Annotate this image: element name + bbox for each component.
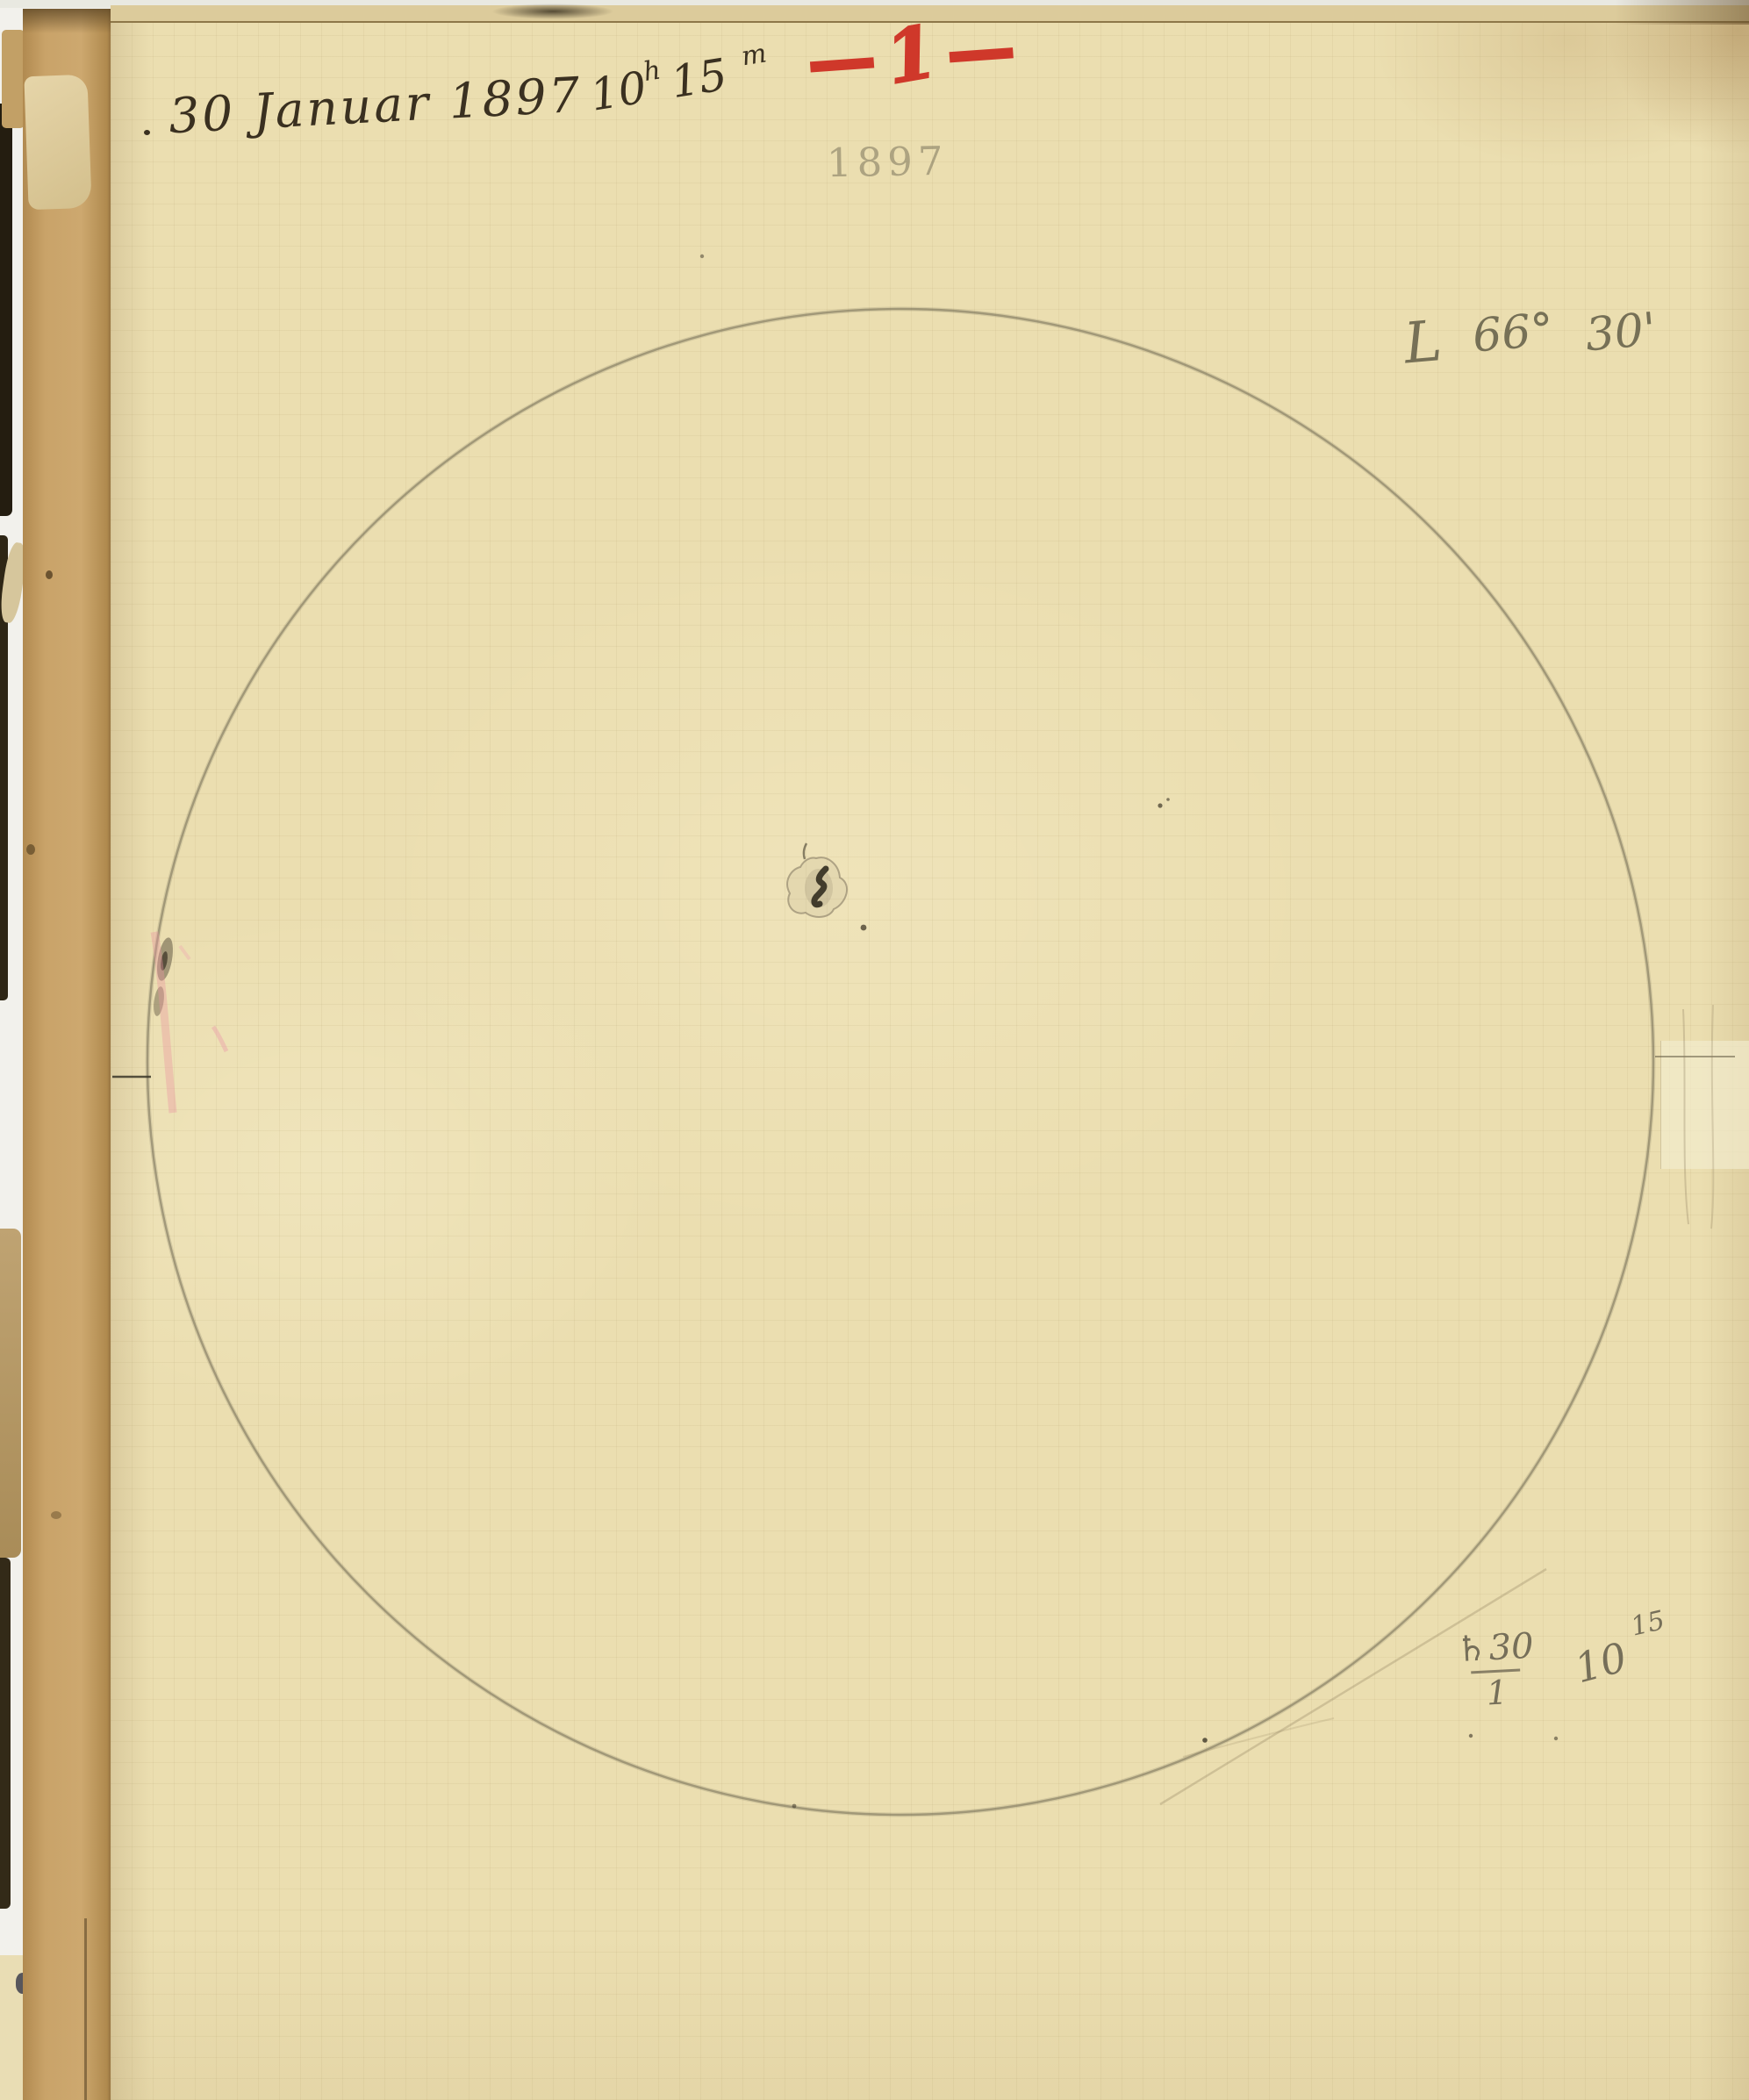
time-hours: 10 <box>587 61 650 120</box>
red-page-number: — 1 — <box>806 18 1017 93</box>
binding-wormhole <box>46 570 53 579</box>
footer-fraction-numerator: ♄ 30 <box>1455 1629 1535 1668</box>
binding-strip <box>23 9 114 2100</box>
longitude-degrees: 66° <box>1471 305 1556 362</box>
top-edge-smudge <box>491 4 614 19</box>
footer-fraction: ♄ 30 1 <box>1455 1629 1537 1711</box>
longitude-prefix: L <box>1402 315 1444 370</box>
footer-time-superscript: 15 <box>1628 1605 1667 1643</box>
time-minutes-unit: m <box>739 38 769 72</box>
binding-crack <box>84 1918 87 2100</box>
spine-tatter-paper <box>2 30 25 128</box>
footer-pencil-notation: ♄ 30 1 10 15 <box>1455 1622 1669 1710</box>
page-number-left-dash: — <box>806 32 878 89</box>
page-number-value: 1 <box>881 21 941 90</box>
ink-dot <box>144 130 150 135</box>
time-minutes: 15 <box>668 49 731 108</box>
spine-tatter-paper <box>0 1229 21 1558</box>
binding-top-edge <box>23 9 114 33</box>
page-number-right-dash: — <box>945 22 1017 79</box>
binding-wormhole <box>51 1511 61 1519</box>
longitude-minutes: 30' <box>1583 305 1658 361</box>
spine-tatter-dark <box>0 1558 11 1909</box>
footer-time: 10 <box>1570 1633 1632 1692</box>
scanned-notebook-page: 30 Januar 1897 10h15m — 1 — 1897 L 66° 3… <box>0 0 1749 2100</box>
right-edge-repair-patch <box>1660 1041 1749 1169</box>
footer-numerator: 30 <box>1488 1629 1535 1666</box>
binding-torn-notch <box>24 75 91 210</box>
footer-symbol: ♄ <box>1455 1631 1488 1667</box>
top-edge-smudge <box>1615 0 1749 25</box>
spine-tatter-dark <box>0 104 12 516</box>
year-stamp: 1897 <box>827 138 949 186</box>
footer-denominator: 1 <box>1486 1676 1509 1709</box>
top-right-stain <box>1609 19 1749 153</box>
binding-wormhole <box>26 844 35 855</box>
